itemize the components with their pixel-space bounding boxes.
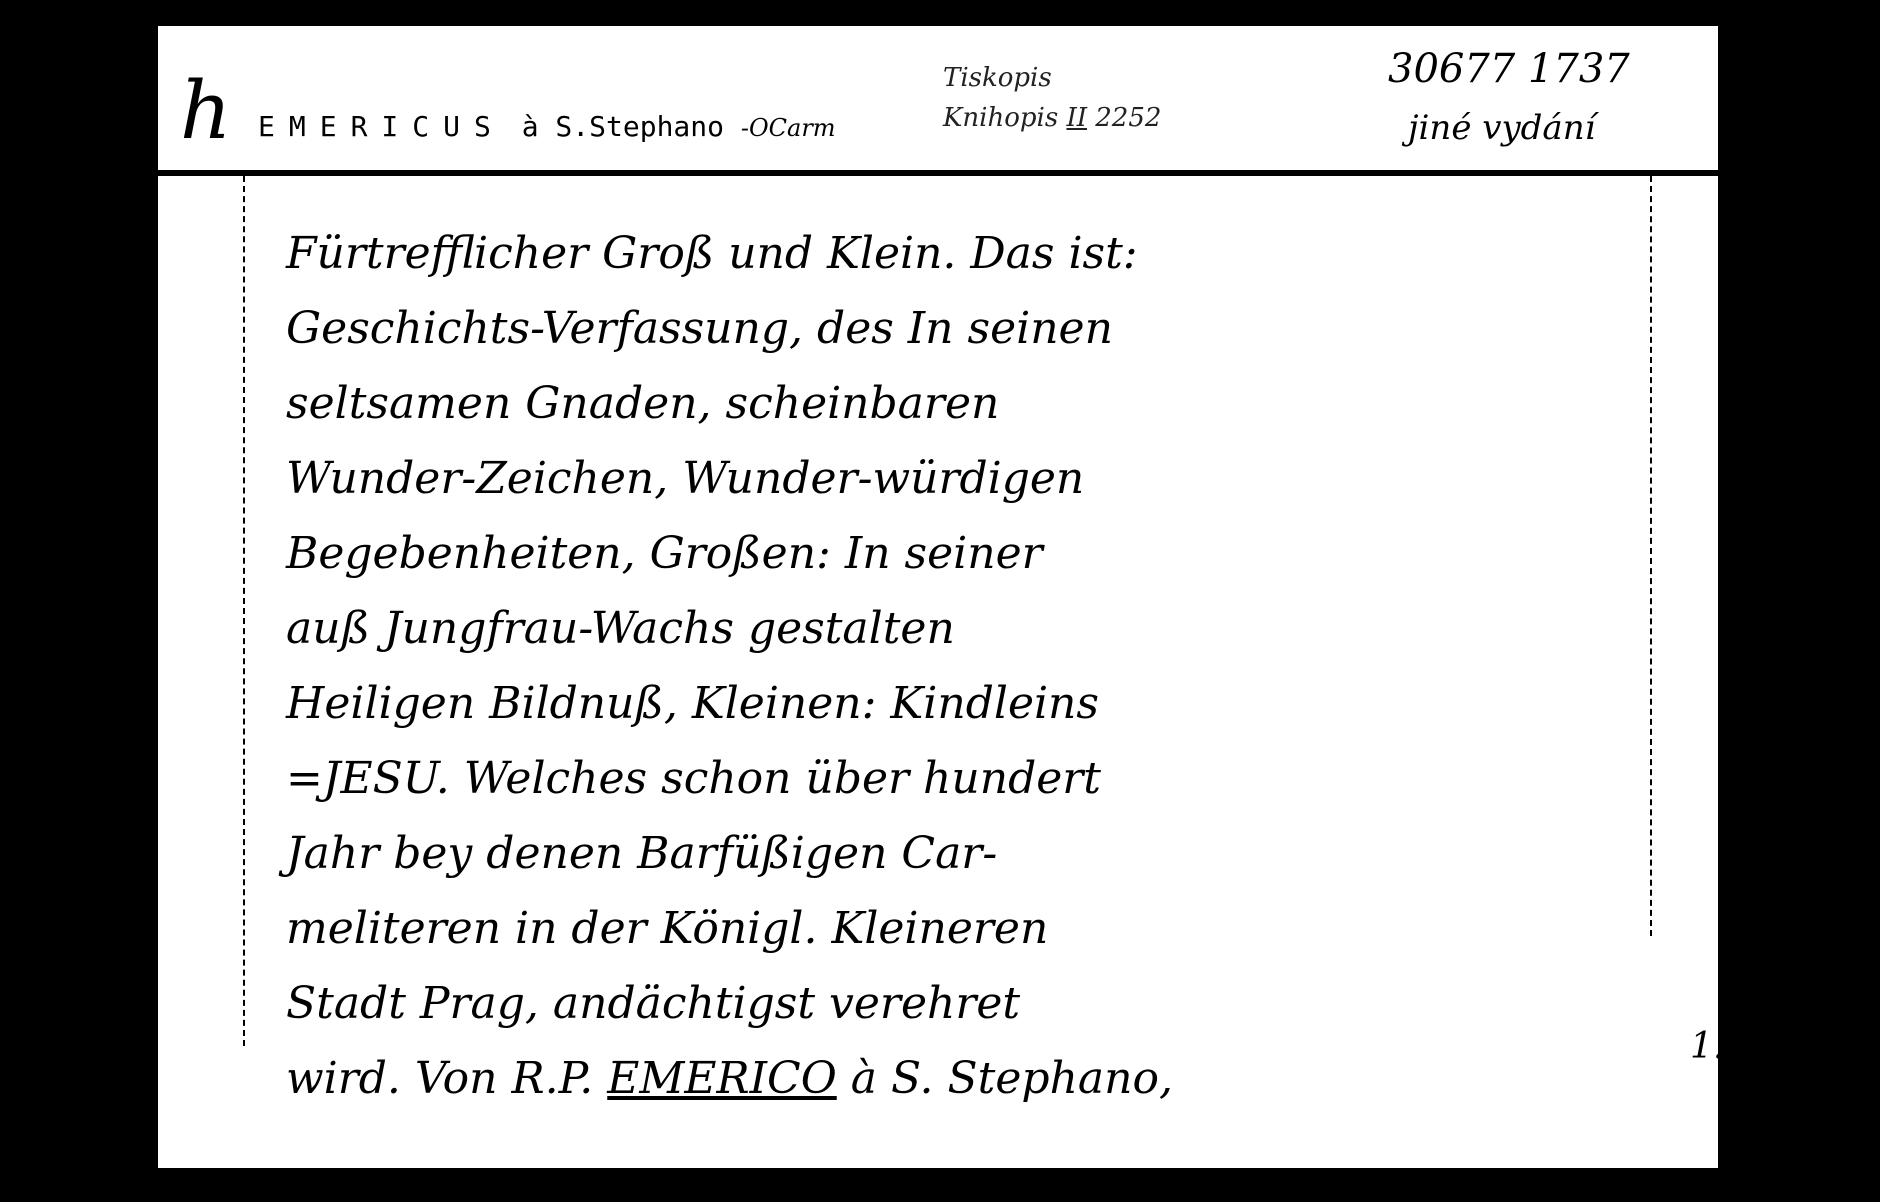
author-name: EMERICUS [258, 110, 505, 143]
body-line: auß Jungfrau-Wachs gestalten [286, 591, 1646, 666]
handwritten-body: Fürtrefflicher Groß und Klein. Das ist: … [286, 216, 1646, 1116]
handwritten-mark: h [180, 64, 232, 157]
body-line: =JESU. Welches schon über hundert [286, 741, 1646, 816]
body-line: Fürtrefflicher Groß und Klein. Das ist: [286, 216, 1646, 291]
shelf-note-prefix: Knihopis [943, 103, 1066, 133]
left-margin-line [243, 176, 245, 1046]
header-rule [158, 170, 1718, 176]
catalog-heading: EMERICUS à S.Stephano -OCarm [258, 110, 836, 143]
body-line: Wunder-Zeichen, Wunder-würdigen [286, 441, 1646, 516]
body-line-last: wird. Von R.P. EMERICO à S. Stephano, [286, 1041, 1646, 1116]
record-number: 30677 1737 [1388, 46, 1630, 92]
body-line: Begebenheiten, Großen: In seiner [286, 516, 1646, 591]
shelf-note-number: 2252 [1087, 103, 1161, 133]
card-header: h EMERICUS à S.Stephano -OCarm Tiskopis … [158, 26, 1718, 170]
body-line: Heiligen Bildnuß, Kleinen: Kindleins [286, 666, 1646, 741]
body-line: Jahr bey denen Barfüßigen Car- [286, 816, 1646, 891]
catalog-card: h EMERICUS à S.Stephano -OCarm Tiskopis … [158, 26, 1718, 1168]
shelf-note-roman: II [1066, 103, 1087, 133]
body-line: meliteren in der Königl. Kleineren [286, 891, 1646, 966]
record-note: jiné vydání [1408, 108, 1595, 148]
right-margin-line [1650, 176, 1652, 936]
order-suffix: -OCarm [741, 114, 836, 142]
page-number: 1. [1690, 1026, 1724, 1067]
body-line: Stadt Prag, andächtigst verehret [286, 966, 1646, 1041]
shelf-note-line1: Tiskopis [943, 63, 1052, 93]
author-name-rest: à S.Stephano [505, 110, 741, 143]
shelf-note: Tiskopis Knihopis II 2252 [943, 58, 1161, 138]
body-line: Geschichts-Verfassung, des In seinen [286, 291, 1646, 366]
author-emphasis: EMERICO [607, 1053, 837, 1104]
body-line: seltsamen Gnaden, scheinbaren [286, 366, 1646, 441]
